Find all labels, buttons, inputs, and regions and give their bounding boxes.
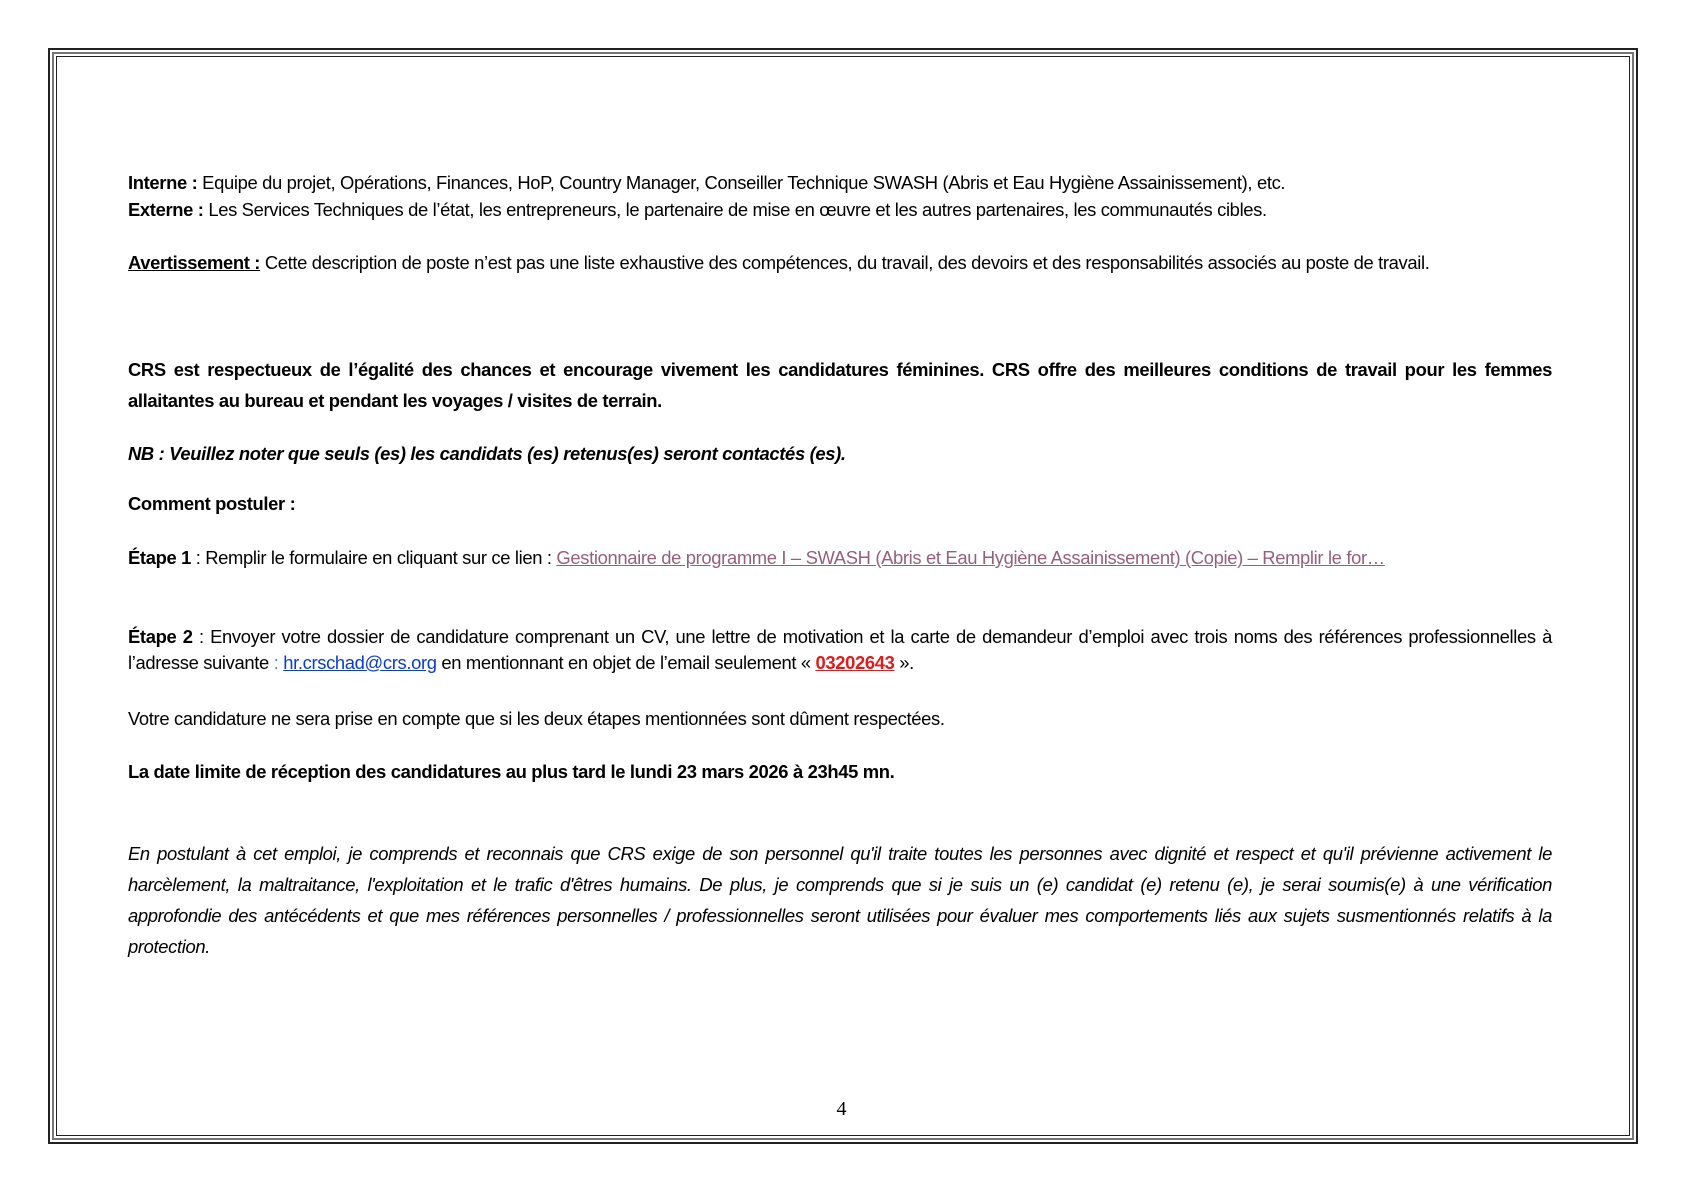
reference-number: 03202643 (815, 652, 894, 673)
step-2-after-email: en mentionnant en objet de l’email seule… (437, 652, 816, 673)
safeguarding-statement: En postulant à cet emploi, je comprends … (128, 838, 1552, 962)
email-link[interactable]: hr.crschad@crs.org (283, 652, 436, 673)
step-2-label: Étape 2 (128, 626, 193, 647)
internal-text: Equipe du projet, Opérations, Finances, … (197, 172, 1285, 193)
application-deadline: La date limite de réception des candidat… (128, 759, 1552, 785)
validity-note: Votre candidature ne sera prise en compt… (128, 706, 1552, 732)
page-number: 4 (0, 1098, 1683, 1121)
step-2-colon: : (274, 652, 284, 673)
disclaimer-label: Avertissement : (128, 252, 260, 273)
step-2-closing: ». (895, 652, 914, 673)
step-1: Étape 1 : Remplir le formulaire en cliqu… (128, 545, 1552, 571)
internal-stakeholders: Interne : Equipe du projet, Opérations, … (128, 170, 1552, 196)
internal-label: Interne : (128, 172, 197, 193)
disclaimer-paragraph: Avertissement : Cette description de pos… (128, 250, 1552, 276)
nb-note: NB : Veuillez noter que seuls (es) les c… (128, 441, 1552, 467)
external-label: Externe : (128, 199, 204, 220)
disclaimer-text: Cette description de poste n’est pas une… (260, 252, 1429, 273)
step-1-text: : Remplir le formulaire en cliquant sur … (191, 547, 556, 568)
step-2: Étape 2 : Envoyer votre dossier de candi… (128, 624, 1552, 676)
equal-opportunity-statement: CRS est respectueux de l’égalité des cha… (128, 354, 1552, 416)
external-text: Les Services Techniques de l’état, les e… (204, 199, 1267, 220)
step-1-label: Étape 1 (128, 547, 191, 568)
external-stakeholders: Externe : Les Services Techniques de l’é… (128, 197, 1552, 223)
how-to-apply-heading: Comment postuler : (128, 491, 1552, 517)
application-form-link[interactable]: Gestionnaire de programme I – SWASH (Abr… (556, 547, 1384, 568)
